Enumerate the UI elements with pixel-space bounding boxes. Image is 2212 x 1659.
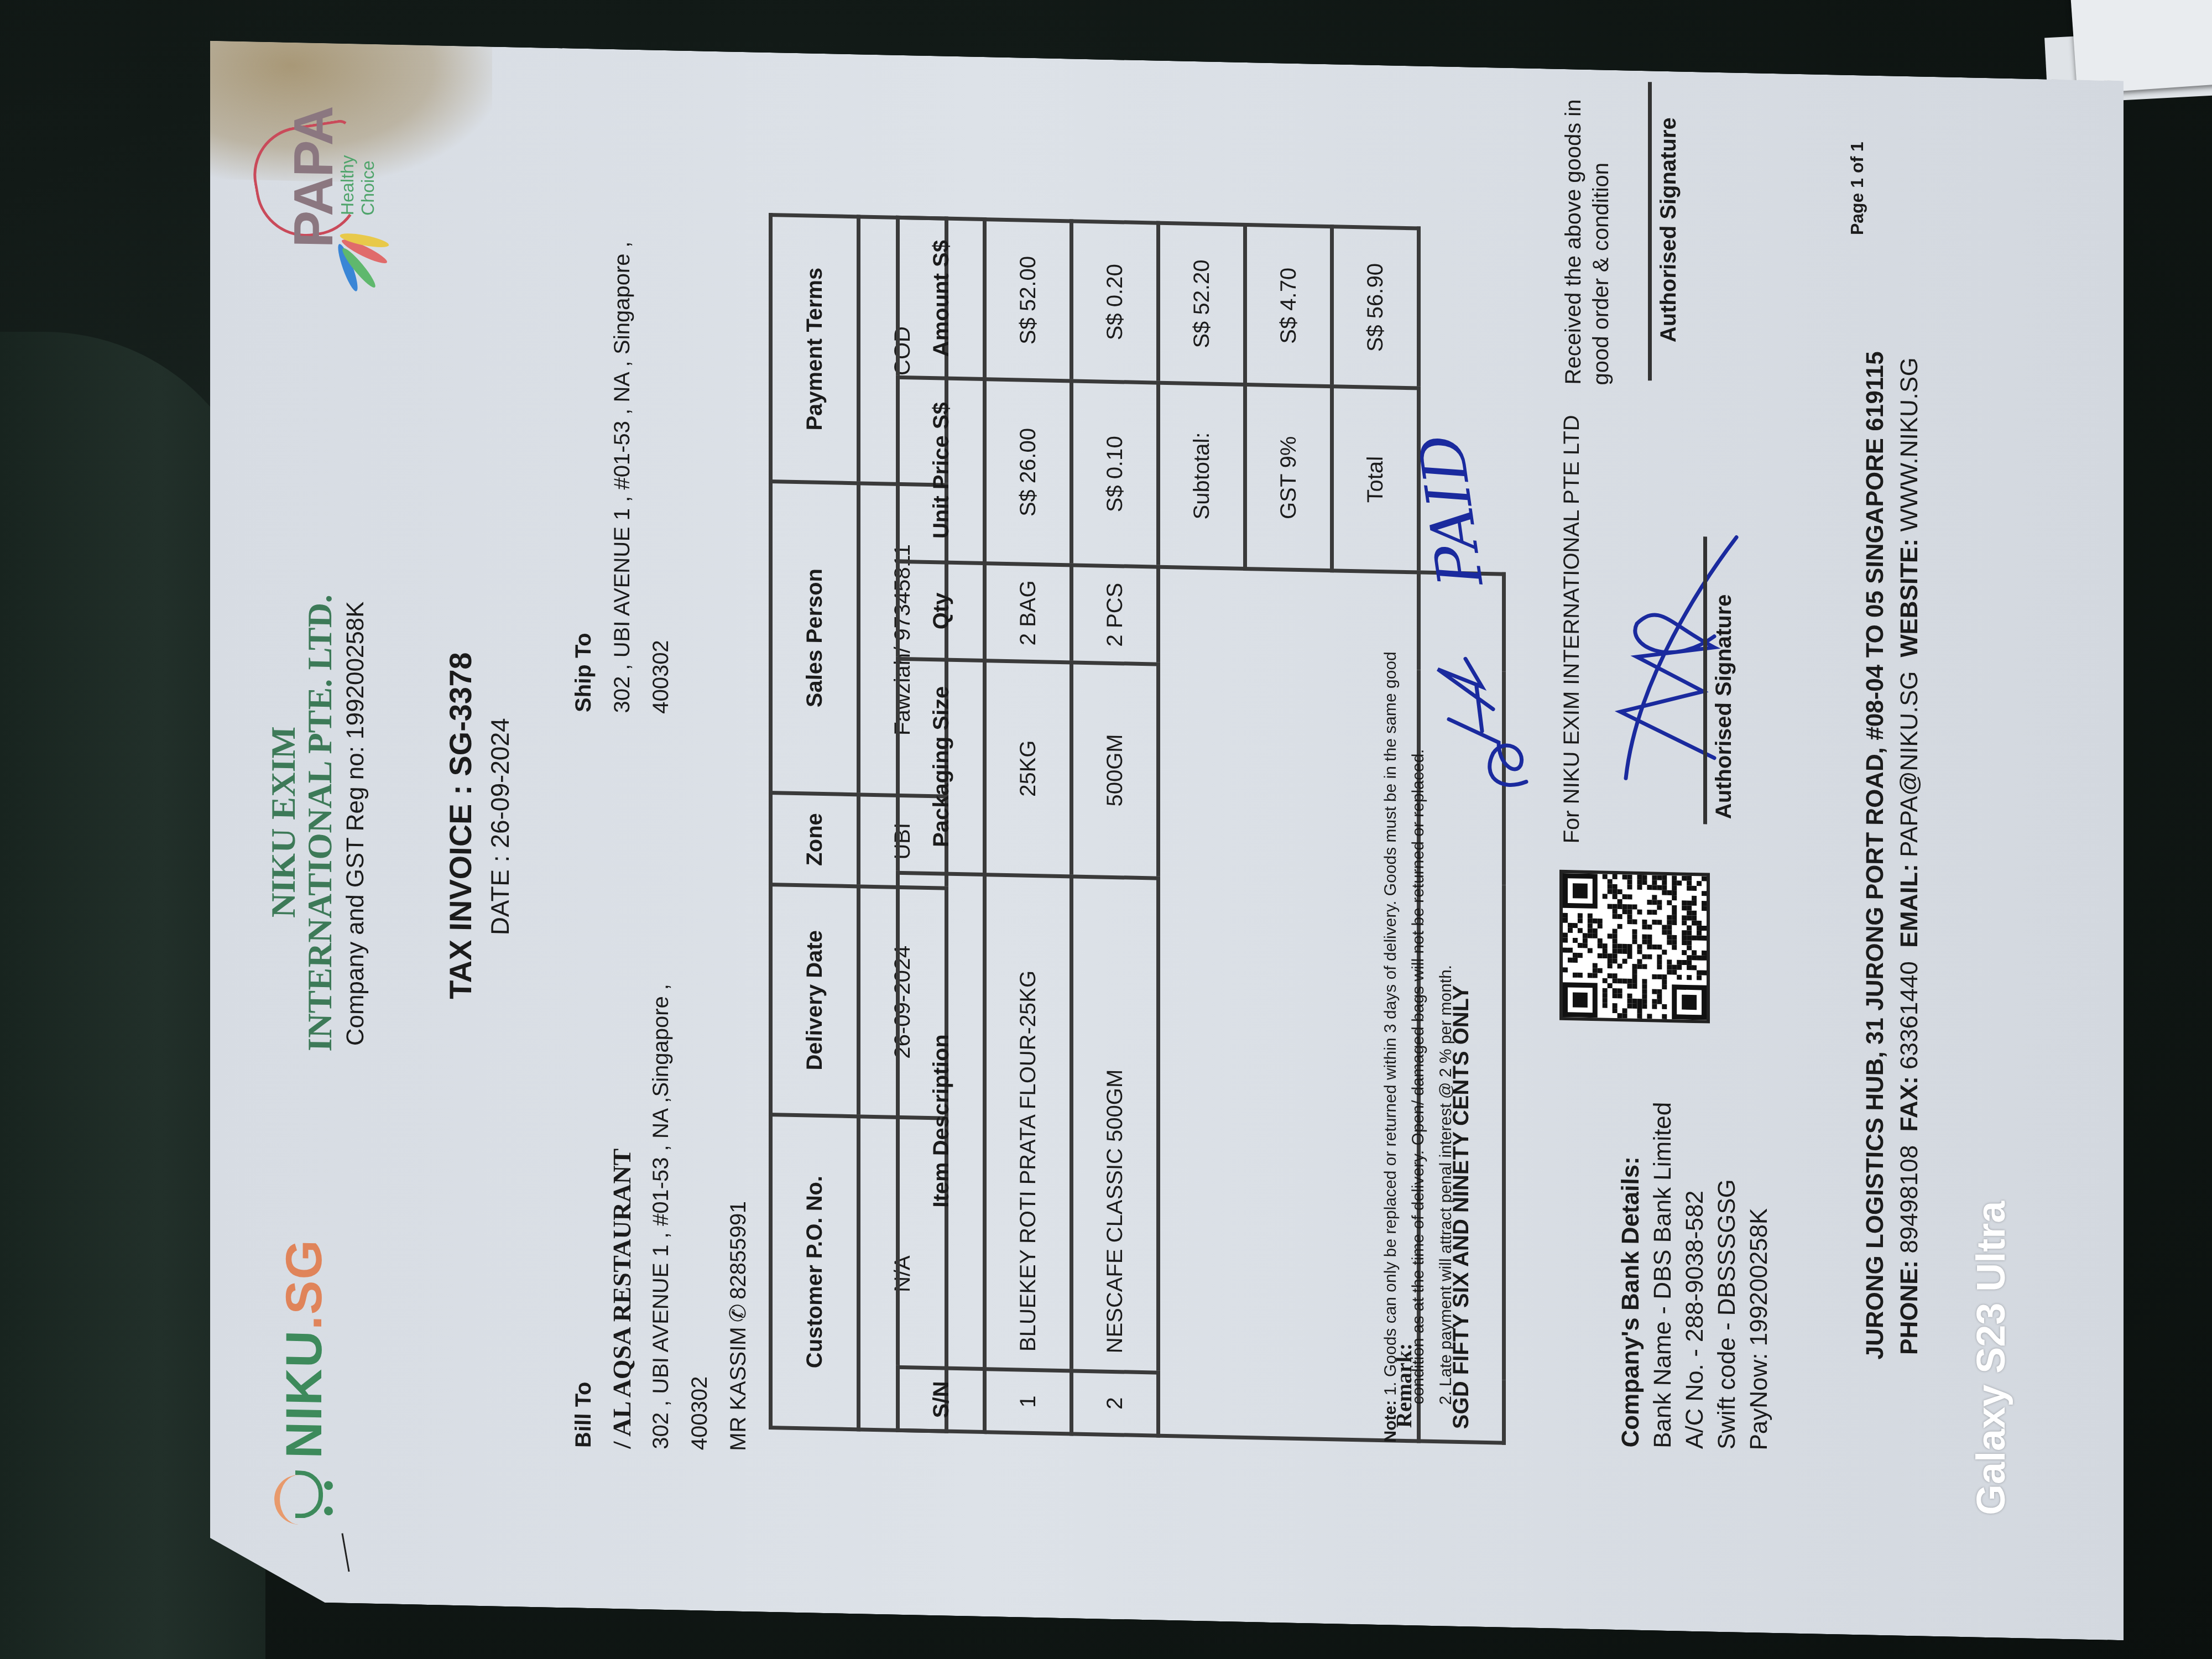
total-label: Total bbox=[1332, 387, 1419, 572]
background-paper-stack-top bbox=[2070, 0, 2212, 94]
item-qty: 2 PCS bbox=[1072, 565, 1159, 664]
item-qty: 2 BAG bbox=[985, 564, 1072, 662]
phone-icon: ✆ bbox=[719, 1303, 758, 1323]
page-number: Page 1 of 1 bbox=[1847, 142, 1867, 236]
item-unit-price: S$ 0.10 bbox=[1072, 381, 1159, 567]
signature-line-customer bbox=[1648, 82, 1652, 380]
order-info-header: Sales Person bbox=[771, 481, 859, 794]
papa-tagline: Healthy Choice bbox=[337, 121, 378, 216]
order-info-header: Delivery Date bbox=[771, 884, 859, 1116]
total-value: S$ 56.90 bbox=[1332, 227, 1419, 389]
customer-signature bbox=[1416, 597, 1548, 799]
bank-name: Bank Name - DBS Bank Limited bbox=[1647, 1102, 1679, 1448]
bill-to-phone: 82855991 bbox=[726, 1201, 750, 1300]
item-sn: 2 bbox=[1072, 1371, 1159, 1436]
item-description: NESCAFE CLASSIC 500GM bbox=[1072, 877, 1159, 1373]
footer: JURONG LOGISTICS HUB, 31 JURONG PORT ROA… bbox=[1858, 75, 1927, 1636]
footer-address: JURONG LOGISTICS HUB, 31 JURONG PORT ROA… bbox=[1858, 75, 1892, 1635]
bank-swift: Swift code - DBSSSGSG bbox=[1711, 1103, 1743, 1450]
note-1: 1. Goods can only be replaced or returne… bbox=[1381, 651, 1400, 1396]
gst-label: GST 9% bbox=[1245, 385, 1332, 571]
items-header: Packaging Size bbox=[898, 659, 985, 874]
bank-paynow: PayNow: 199200258K bbox=[1743, 1104, 1775, 1451]
subtotal-value: S$ 52.20 bbox=[1159, 223, 1245, 385]
item-amount: S$ 0.20 bbox=[1072, 221, 1159, 383]
company-signature-label: Authorised Signature bbox=[1712, 594, 1736, 820]
bill-to-postcode: 400302 bbox=[680, 984, 719, 1451]
footer-website[interactable]: WWW.NIKU.SG bbox=[1896, 357, 1923, 532]
ship-to-postcode: 400302 bbox=[641, 242, 680, 714]
bank-heading: Company's Bank Details: bbox=[1615, 1101, 1647, 1448]
bill-to-label: Bill To bbox=[564, 982, 603, 1448]
item-amount: S$ 52.00 bbox=[985, 220, 1072, 382]
bank-account: A/C No. - 288-9038-582 bbox=[1679, 1102, 1711, 1449]
item-packaging: 500GM bbox=[1072, 662, 1159, 878]
gst-value: S$ 4.70 bbox=[1245, 225, 1332, 387]
table-row: 2NESCAFE CLASSIC 500GM500GM2 PCSS$ 0.10S… bbox=[1072, 221, 1159, 1436]
footer-email[interactable]: PAPA@NIKU.SG bbox=[1896, 671, 1923, 857]
ship-to-address: 302 , UBI AVENUE 1 , #01-53 , NA , Singa… bbox=[603, 241, 641, 714]
customer-name: / AL AQSA RESTAURANT bbox=[603, 983, 641, 1449]
table-row: 1BLUEKEY ROTI PRATA FLOUR-25KG25KG2 BAGS… bbox=[985, 220, 1072, 1434]
items-header: Unit Price S$ bbox=[898, 378, 985, 564]
ship-to: Ship To 302 , UBI AVENUE 1 , #01-53 , NA… bbox=[564, 240, 680, 714]
invoice-title-block: TAX INVOICE : SG-3378 DATE : 26-09-2024 bbox=[442, 46, 515, 1607]
signature-line-company bbox=[1703, 536, 1707, 824]
papa-logo: PAPA Healthy Choice bbox=[254, 119, 376, 288]
customer-signature-label: Authorised Signature bbox=[1656, 117, 1681, 343]
papa-word: PAPA bbox=[282, 106, 346, 248]
item-unit-price: S$ 26.00 bbox=[985, 379, 1072, 565]
bill-to: Bill To / AL AQSA RESTAURANT 302 , UBI A… bbox=[564, 982, 758, 1451]
footer-fax: 63361440 bbox=[1896, 961, 1923, 1070]
bill-to-address: 302 , UBI AVENUE 1 , #01-53 , NA ,Singap… bbox=[641, 983, 680, 1449]
note-label: Note: bbox=[1381, 1400, 1400, 1442]
item-sn: 1 bbox=[985, 1369, 1072, 1434]
qr-code-icon[interactable] bbox=[1559, 870, 1710, 1024]
items-header: S/N bbox=[898, 1367, 985, 1432]
for-company-label: For NIKU EXIM INTERNATIONAL PTE LTD bbox=[1559, 415, 1584, 844]
footer-phone: 89498108 bbox=[1896, 1145, 1923, 1254]
order-info-header: Payment Terms bbox=[771, 215, 859, 483]
bank-details: Company's Bank Details: Bank Name - DBS … bbox=[1615, 1101, 1775, 1451]
item-description: BLUEKEY ROTI PRATA FLOUR-25KG bbox=[985, 874, 1072, 1371]
order-info-header: Customer P.O. No. bbox=[771, 1114, 859, 1430]
bill-to-contact: MR KASSIM✆82855991 bbox=[719, 985, 758, 1451]
order-info-header: Zone bbox=[771, 792, 859, 886]
invoice-page: NIKU.SG NIKU EXIM INTERNATIONAL PTE. LTD… bbox=[210, 41, 2124, 1640]
items-header: Item Description bbox=[898, 873, 985, 1369]
items-header: Qty bbox=[898, 561, 985, 660]
item-packaging: 25KG bbox=[985, 661, 1072, 877]
items-header: Amount S$ bbox=[898, 217, 985, 379]
ship-to-label: Ship To bbox=[564, 240, 603, 713]
received-goods-statement: Received the above goods ingood order & … bbox=[1559, 99, 1615, 385]
subtotal-label: Subtotal: bbox=[1159, 383, 1245, 569]
invoice-title: TAX INVOICE : SG-3378 bbox=[442, 46, 478, 1606]
invoice-date: DATE : 26-09-2024 bbox=[485, 46, 515, 1606]
